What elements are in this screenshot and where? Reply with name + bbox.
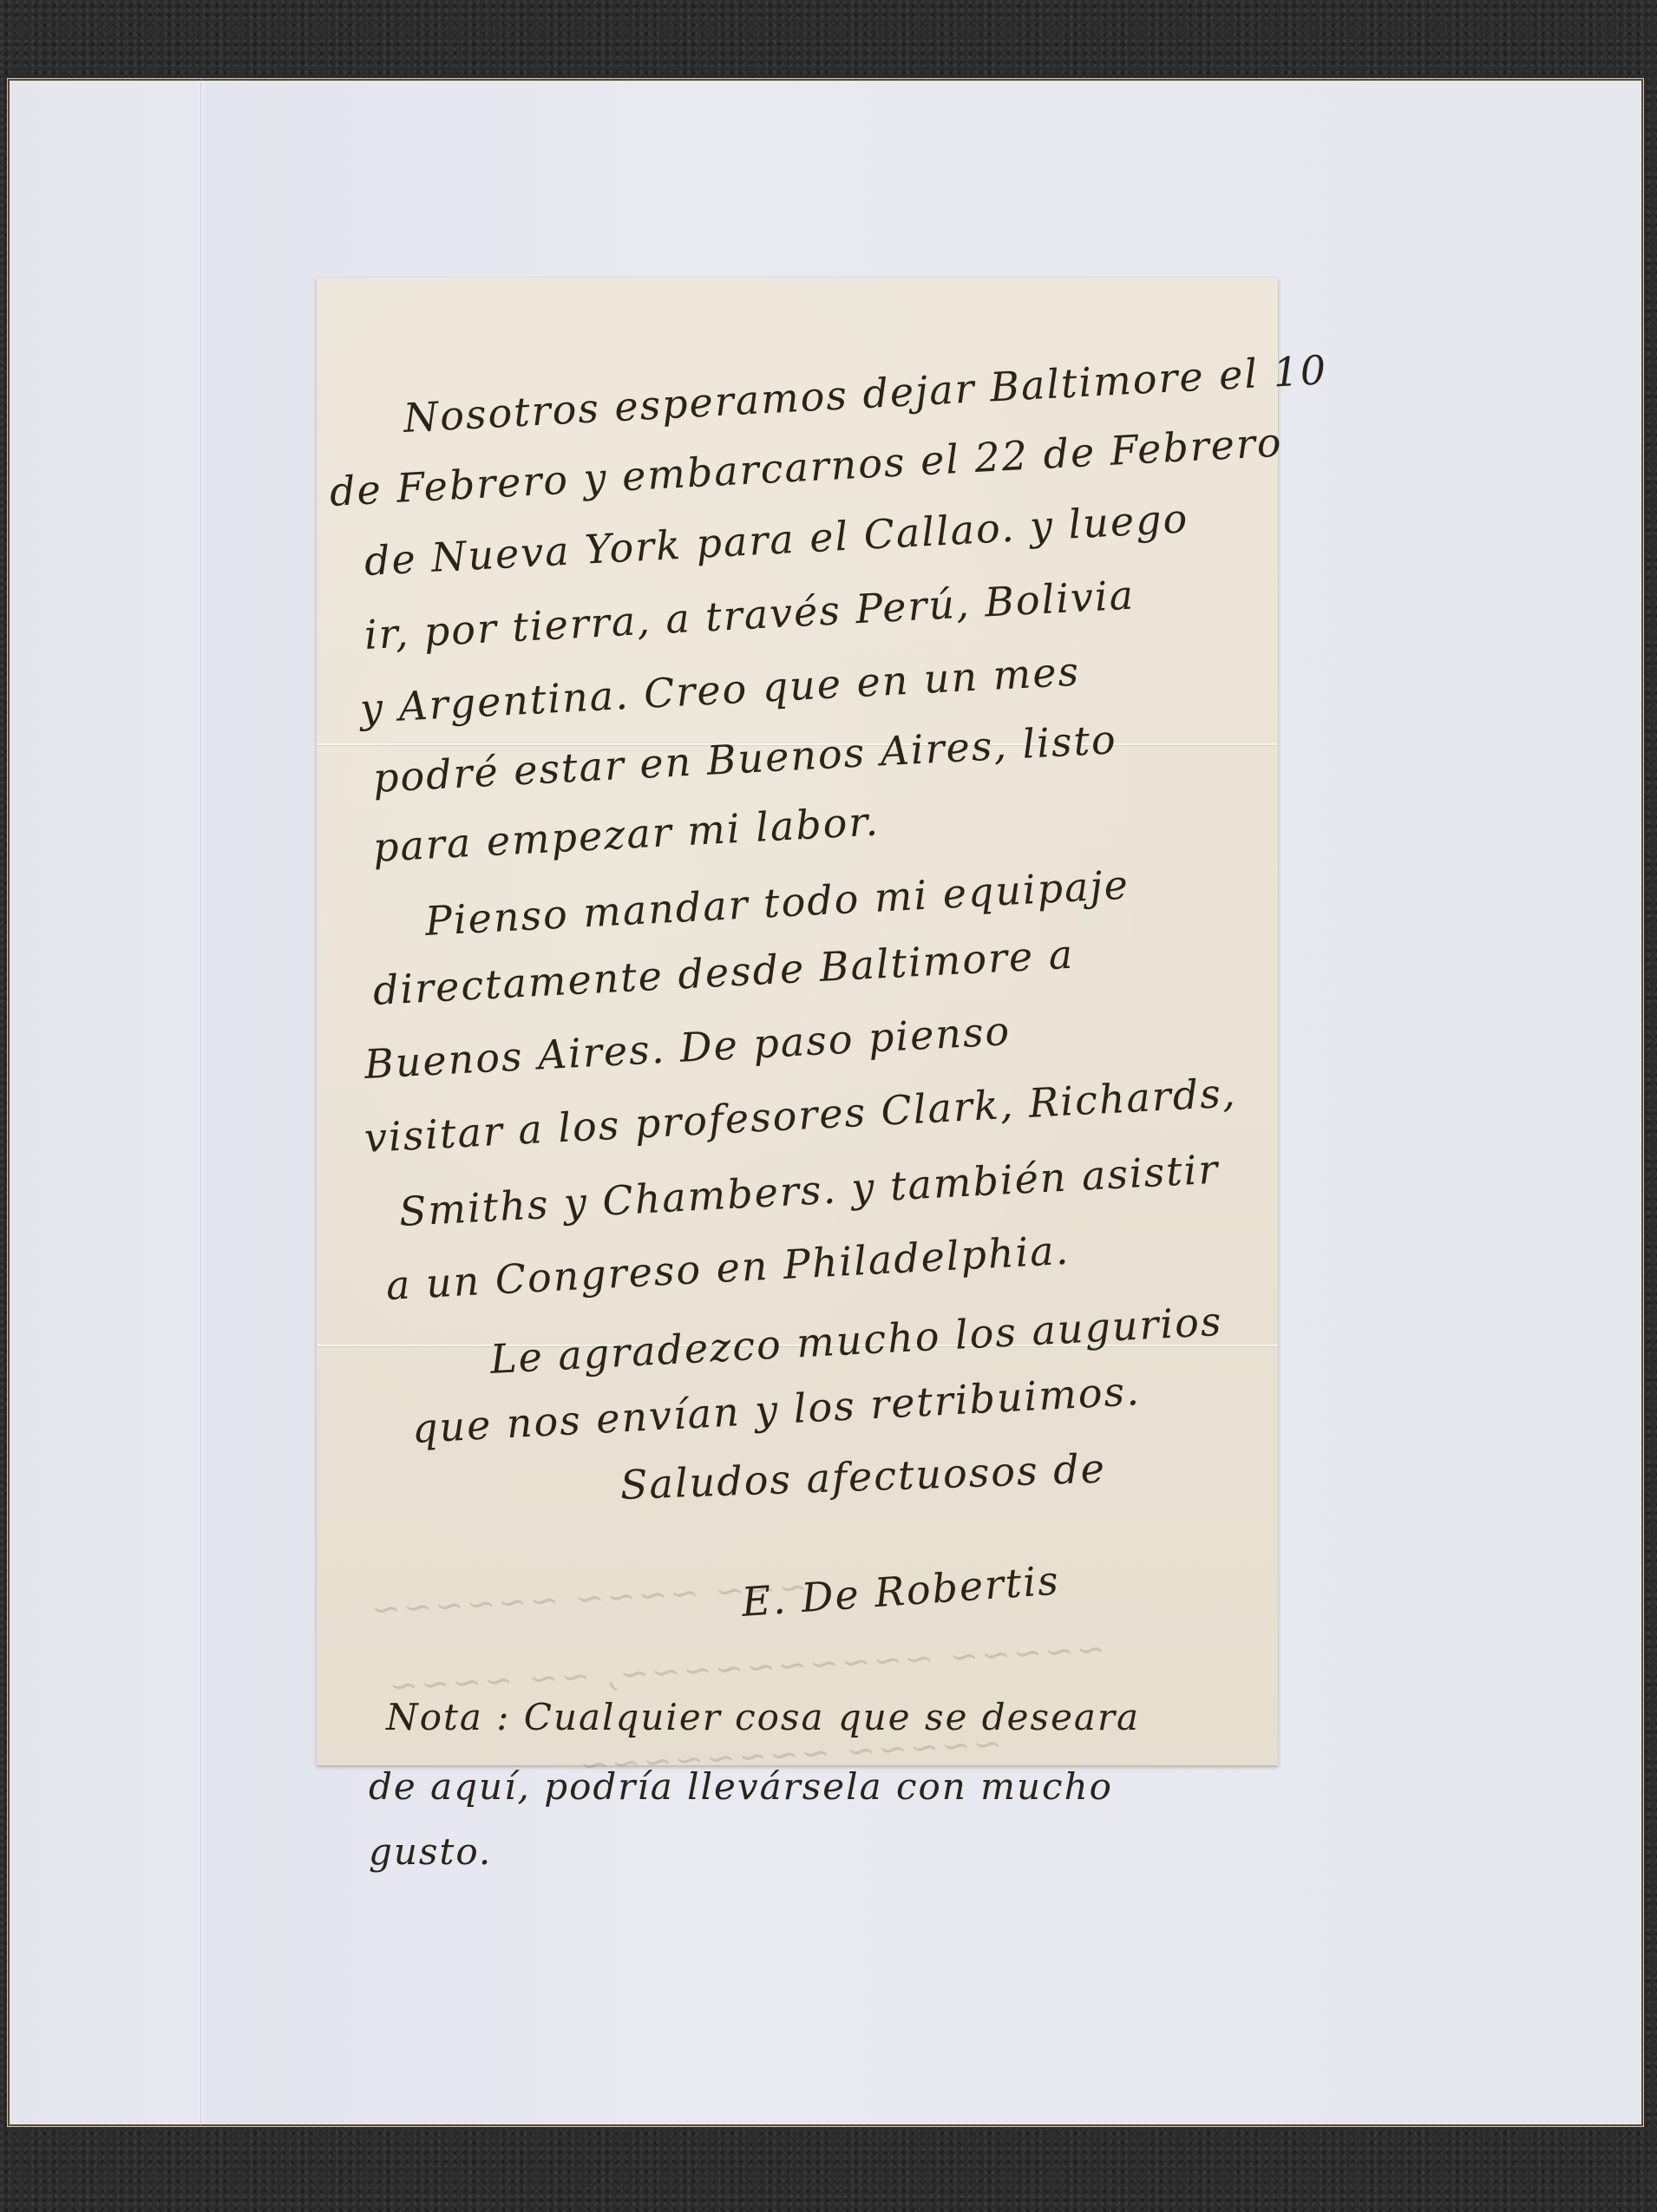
letter-line: ir, por tierra, a través Perú, Bolivia xyxy=(363,572,1136,658)
postscript-line: gusto. xyxy=(369,1830,492,1873)
letter-line: directamente desde Baltimore a xyxy=(372,931,1076,1014)
letter-line: para empezar mi labor. xyxy=(372,797,881,871)
postscript-line: de aquí, podría llevársela con mucho xyxy=(369,1765,1113,1808)
letter-line: podré estar en Buenos Aires, listo xyxy=(372,716,1118,802)
handwritten-letter: ~~~ ~~~~ ~~~~~~ ~~~~~ ~~~~~~~~~~, ~~ ~~~… xyxy=(317,278,1278,1765)
letter-line: de Nueva York para el Callao. y luego xyxy=(363,494,1190,585)
postscript-line: Nota : Cualquier cosa que se desearа xyxy=(386,1696,1140,1738)
letter-line: Pienso mandar todo mi equipaje xyxy=(424,861,1131,944)
letter-line: Buenos Aires. De paso pienso xyxy=(363,1007,1012,1088)
signature: E. De Robertis xyxy=(740,1556,1061,1625)
letter-line: a un Congreso en Philadelphia. xyxy=(385,1227,1071,1309)
letter-closing: Saludos afectuosos de xyxy=(619,1444,1107,1508)
letter-line: y Argentina. Creo que en un mes xyxy=(359,648,1082,732)
mount-crease xyxy=(200,79,201,2126)
letter-line: visitar a los profesores Clark, Richards… xyxy=(363,1069,1238,1162)
letter-line: Smiths y Chambers. y también asistir xyxy=(398,1146,1221,1235)
